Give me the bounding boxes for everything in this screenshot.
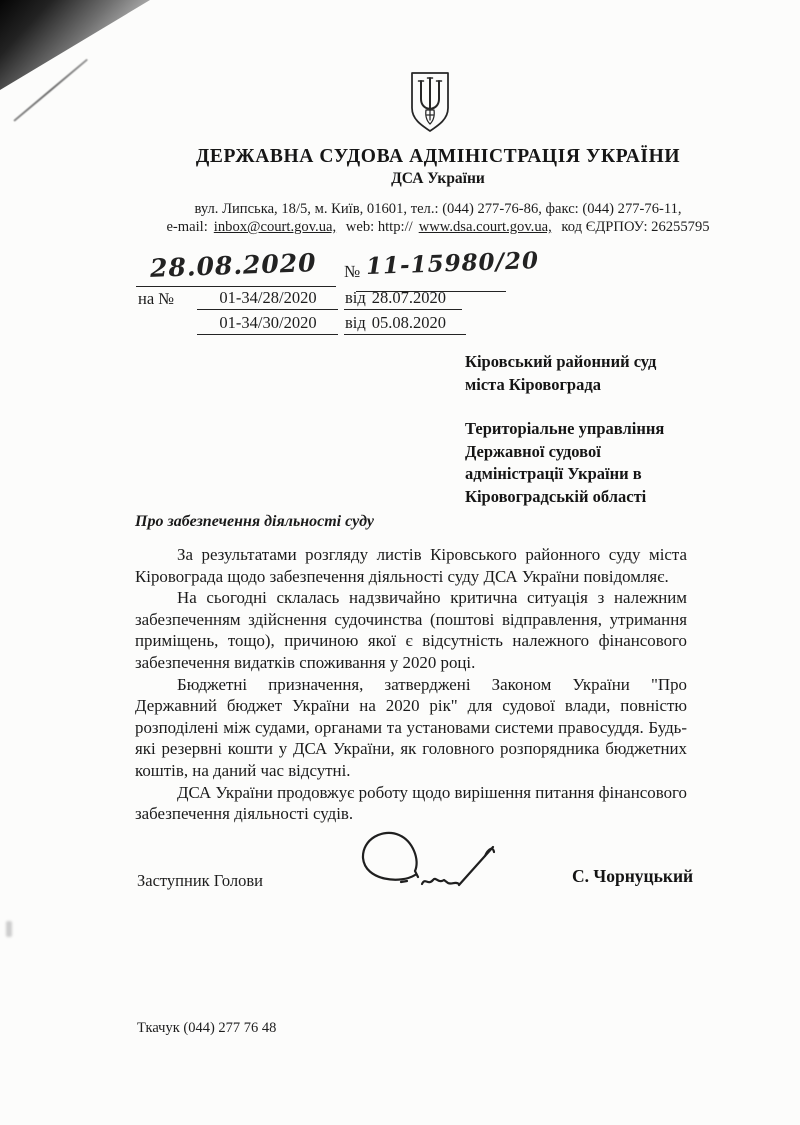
body-paragraph: На сьогодні склалась надзвичайно критичн… xyxy=(135,587,687,673)
outgoing-date-handwritten: 28.08.2020 xyxy=(150,248,317,283)
edrpou-code: код ЄДРПОУ: 26255795 xyxy=(561,219,709,235)
recipient-line: міста Кіровограда xyxy=(465,374,745,397)
incoming-ref-date: від05.08.2020 xyxy=(345,313,446,333)
ref-number-underline xyxy=(197,334,338,335)
handwritten-signature xyxy=(355,820,505,898)
recipient-line: адміністрації України в xyxy=(465,463,745,486)
org-address-line: вул. Липська, 18/5, м. Київ, 01601, тел.… xyxy=(88,201,788,218)
recipient-line: Кіровський районний суд xyxy=(465,351,745,374)
ref-date-underline xyxy=(344,309,462,310)
recipient-line: Державної судової xyxy=(465,441,745,464)
recipient-territorial-administration: Територіальне управління Державної судов… xyxy=(465,418,745,508)
incoming-ref-date: від28.07.2020 xyxy=(345,288,446,308)
reply-to-label: на № xyxy=(138,289,174,309)
executor-contact: Ткачук (044) 277 76 48 xyxy=(137,1020,276,1037)
body-paragraph: Бюджетні призначення, затверджені Законо… xyxy=(135,674,687,782)
email-address: inbox@court.gov.ua, xyxy=(214,219,336,235)
recipient-block: Кіровський районний суд міста Кіровоград… xyxy=(465,351,745,530)
org-contact-line: e-mail:inbox@court.gov.ua, web: http://w… xyxy=(88,219,788,236)
org-short-name: ДСА України xyxy=(88,170,788,188)
incoming-ref-number: 01-34/28/2020 xyxy=(198,288,338,308)
ref-date-underline xyxy=(344,334,466,335)
web-address: www.dsa.court.gov.ua, xyxy=(419,219,552,235)
outgoing-number-handwritten: 11-15980/20 xyxy=(366,247,540,280)
email-label: e-mail: xyxy=(166,219,207,235)
ref-date-value: 05.08.2020 xyxy=(372,313,446,332)
recipient-line: Територіальне управління xyxy=(465,418,745,441)
recipient-line: Кіровоградській області xyxy=(465,486,745,509)
scanned-letter-page: ДЕРЖАВНА СУДОВА АДМІНІСТРАЦІЯ УКРАЇНИ ДС… xyxy=(0,0,800,1125)
from-label: від xyxy=(345,313,366,332)
ukraine-trident-emblem-icon xyxy=(406,71,454,133)
body-paragraph: ДСА України продовжує роботу щодо виріше… xyxy=(135,782,687,825)
date-underline xyxy=(136,286,336,287)
scan-smudge-artifact xyxy=(6,921,12,937)
scan-corner-artifact xyxy=(0,0,150,90)
web-label: web: http:// xyxy=(346,219,413,235)
ref-date-value: 28.07.2020 xyxy=(372,288,446,307)
signer-name: С. Чорнуцький xyxy=(572,866,693,887)
letter-body: За результатами розгляду листів Кіровськ… xyxy=(135,544,687,825)
body-paragraph: За результатами розгляду листів Кіровськ… xyxy=(135,544,687,587)
org-name: ДЕРЖАВНА СУДОВА АДМІНІСТРАЦІЯ УКРАЇНИ xyxy=(88,146,788,168)
from-label: від xyxy=(345,288,366,307)
ref-number-underline xyxy=(197,309,338,310)
subject-line: Про забезпечення діяльності суду xyxy=(135,513,374,531)
number-sign-label: № xyxy=(344,262,360,282)
signer-position-title: Заступник Голови xyxy=(137,871,263,891)
incoming-ref-number: 01-34/30/2020 xyxy=(198,313,338,333)
recipient-court: Кіровський районний суд міста Кіровоград… xyxy=(465,351,745,396)
